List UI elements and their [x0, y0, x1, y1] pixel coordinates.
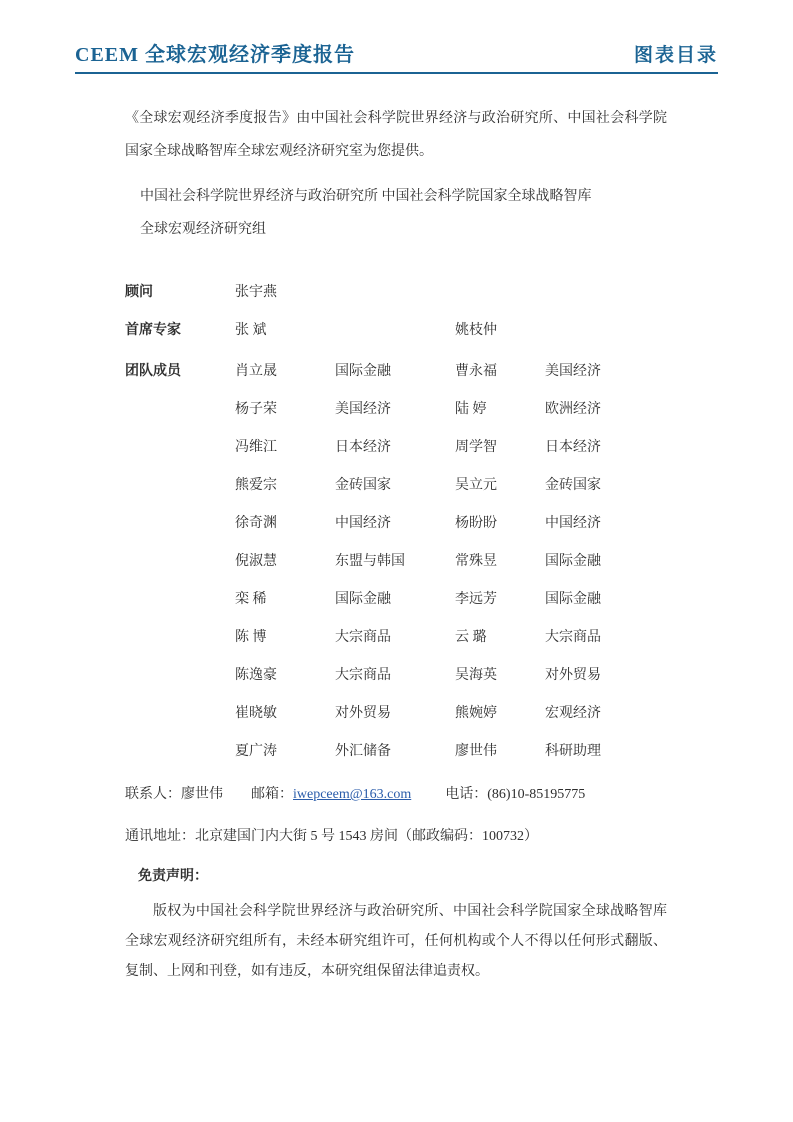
- member-name-left: 崔晓敏: [235, 702, 335, 722]
- team-member-row: 冯维江 日本经济 周学智 日本经济: [125, 427, 667, 465]
- advisor-label: 顾问: [125, 281, 235, 301]
- member-field-left: 中国经济: [335, 512, 455, 532]
- member-field-right: 科研助理: [545, 740, 667, 760]
- organization-line-1: 中国社会科学院世界经济与政治研究所 中国社会科学院国家全球战略智库: [140, 180, 667, 213]
- member-name-right: 吴立元: [455, 474, 545, 494]
- member-field-right: 大宗商品: [545, 626, 667, 646]
- member-name-left: 熊爱宗: [235, 474, 335, 494]
- member-name-right: 熊婉婷: [455, 702, 545, 722]
- team-member-row: 陈逸豪 大宗商品 吴海英 对外贸易: [125, 655, 667, 693]
- member-name-left: 杨子荣: [235, 398, 335, 418]
- page-content: 《全球宏观经济季度报告》由中国社会科学院世界经济与政治研究所、中国社会科学院国家…: [125, 102, 667, 987]
- contact-person-name: 廖世伟: [181, 783, 223, 803]
- member-field-left: 国际金融: [335, 588, 455, 608]
- team-member-row: 团队成员 肖立晟 国际金融 曹永福 美国经济: [125, 351, 667, 389]
- team-member-row: 崔晓敏 对外贸易 熊婉婷 宏观经济: [125, 693, 667, 731]
- member-field-right: 对外贸易: [545, 664, 667, 684]
- member-field-right: 美国经济: [545, 360, 667, 380]
- disclaimer-title: 免责声明：: [138, 865, 667, 885]
- chief-expert-row: 首席专家 张 斌 姚枝仲: [125, 310, 667, 348]
- member-field-left: 美国经济: [335, 398, 455, 418]
- chief-expert-name-2: 姚枝仲: [455, 319, 667, 339]
- member-name-left: 陈逸豪: [235, 664, 335, 684]
- phone-label: 电话：: [445, 787, 487, 802]
- email-label: 邮箱：: [251, 787, 293, 802]
- team-member-row: 徐奇渊 中国经济 杨盼盼 中国经济: [125, 503, 667, 541]
- organization-block: 中国社会科学院世界经济与政治研究所 中国社会科学院国家全球战略智库 全球宏观经济…: [125, 180, 667, 246]
- member-name-right: 周学智: [455, 436, 545, 456]
- member-name-right: 陆 婷: [455, 398, 545, 418]
- member-name-left: 徐奇渊: [235, 512, 335, 532]
- document-page: CEEM 全球宏观经济季度报告 图表目录 《全球宏观经济季度报告》由中国社会科学…: [0, 0, 793, 1122]
- member-field-left: 国际金融: [335, 360, 455, 380]
- team-member-row: 熊爱宗 金砖国家 吴立元 金砖国家: [125, 465, 667, 503]
- member-field-left: 东盟与韩国: [335, 550, 455, 570]
- team-label: 团队成员: [125, 360, 235, 380]
- staff-roster: 顾问 张宇燕 首席专家 张 斌 姚枝仲 团队成员 肖立晟 国际金融 曹永福 美国…: [125, 272, 667, 769]
- member-name-left: 栾 稀: [235, 588, 335, 608]
- member-name-right: 廖世伟: [455, 740, 545, 760]
- member-name-left: 冯维江: [235, 436, 335, 456]
- disclaimer-body: 版权为中国社会科学院世界经济与政治研究所、中国社会科学院国家全球战略智库全球宏观…: [125, 897, 667, 987]
- member-field-left: 日本经济: [335, 436, 455, 456]
- email-link[interactable]: iwepceem@163.com: [293, 787, 411, 802]
- team-member-row: 陈 博 大宗商品 云 璐 大宗商品: [125, 617, 667, 655]
- intro-paragraph: 《全球宏观经济季度报告》由中国社会科学院世界经济与政治研究所、中国社会科学院国家…: [125, 102, 667, 168]
- member-field-left: 对外贸易: [335, 702, 455, 722]
- organization-line-2: 全球宏观经济研究组: [140, 213, 667, 246]
- member-field-right: 欧洲经济: [545, 398, 667, 418]
- contact-email-group: 邮箱：iwepceem@163.com: [251, 783, 411, 803]
- member-field-left: 金砖国家: [335, 474, 455, 494]
- contact-line: 联系人： 廖世伟 邮箱：iwepceem@163.com 电话：(86)10-8…: [125, 783, 667, 803]
- page-header: CEEM 全球宏观经济季度报告 图表目录: [75, 0, 718, 74]
- header-section-label: 图表目录: [634, 40, 718, 67]
- member-field-left: 外汇储备: [335, 740, 455, 760]
- team-member-row: 夏广涛 外汇储备 廖世伟 科研助理: [125, 731, 667, 769]
- member-name-right: 吴海英: [455, 664, 545, 684]
- chief-expert-label: 首席专家: [125, 319, 235, 339]
- member-name-left: 夏广涛: [235, 740, 335, 760]
- advisor-name: 张宇燕: [235, 281, 455, 301]
- contact-person-label: 联系人：: [125, 783, 181, 803]
- member-field-left: 大宗商品: [335, 626, 455, 646]
- member-field-right: 宏观经济: [545, 702, 667, 722]
- member-field-right: 金砖国家: [545, 474, 667, 494]
- team-member-row: 杨子荣 美国经济 陆 婷 欧洲经济: [125, 389, 667, 427]
- mailing-address: 通讯地址：北京建国门内大街 5 号 1543 房间（邮政编码：100732）: [125, 825, 667, 845]
- member-name-right: 杨盼盼: [455, 512, 545, 532]
- member-name-right: 曹永福: [455, 360, 545, 380]
- phone-number: (86)10-85195775: [487, 787, 585, 802]
- chief-expert-name-1: 张 斌: [235, 319, 455, 339]
- advisor-row: 顾问 张宇燕: [125, 272, 667, 310]
- member-field-right: 国际金融: [545, 588, 667, 608]
- member-name-right: 云 璐: [455, 626, 545, 646]
- member-name-left: 肖立晟: [235, 360, 335, 380]
- member-name-right: 李远芳: [455, 588, 545, 608]
- member-name-left: 倪淑慧: [235, 550, 335, 570]
- report-title: CEEM 全球宏观经济季度报告: [75, 38, 355, 67]
- member-name-right: 常殊昱: [455, 550, 545, 570]
- team-rows: 团队成员 肖立晟 国际金融 曹永福 美国经济 杨子荣 美国经济 陆 婷 欧洲经济: [125, 351, 667, 769]
- team-member-row: 倪淑慧 东盟与韩国 常殊昱 国际金融: [125, 541, 667, 579]
- member-field-right: 国际金融: [545, 550, 667, 570]
- member-field-right: 日本经济: [545, 436, 667, 456]
- member-name-left: 陈 博: [235, 626, 335, 646]
- member-field-left: 大宗商品: [335, 664, 455, 684]
- team-member-row: 栾 稀 国际金融 李远芳 国际金融: [125, 579, 667, 617]
- member-field-right: 中国经济: [545, 512, 667, 532]
- contact-phone-group: 电话：(86)10-85195775: [445, 783, 585, 803]
